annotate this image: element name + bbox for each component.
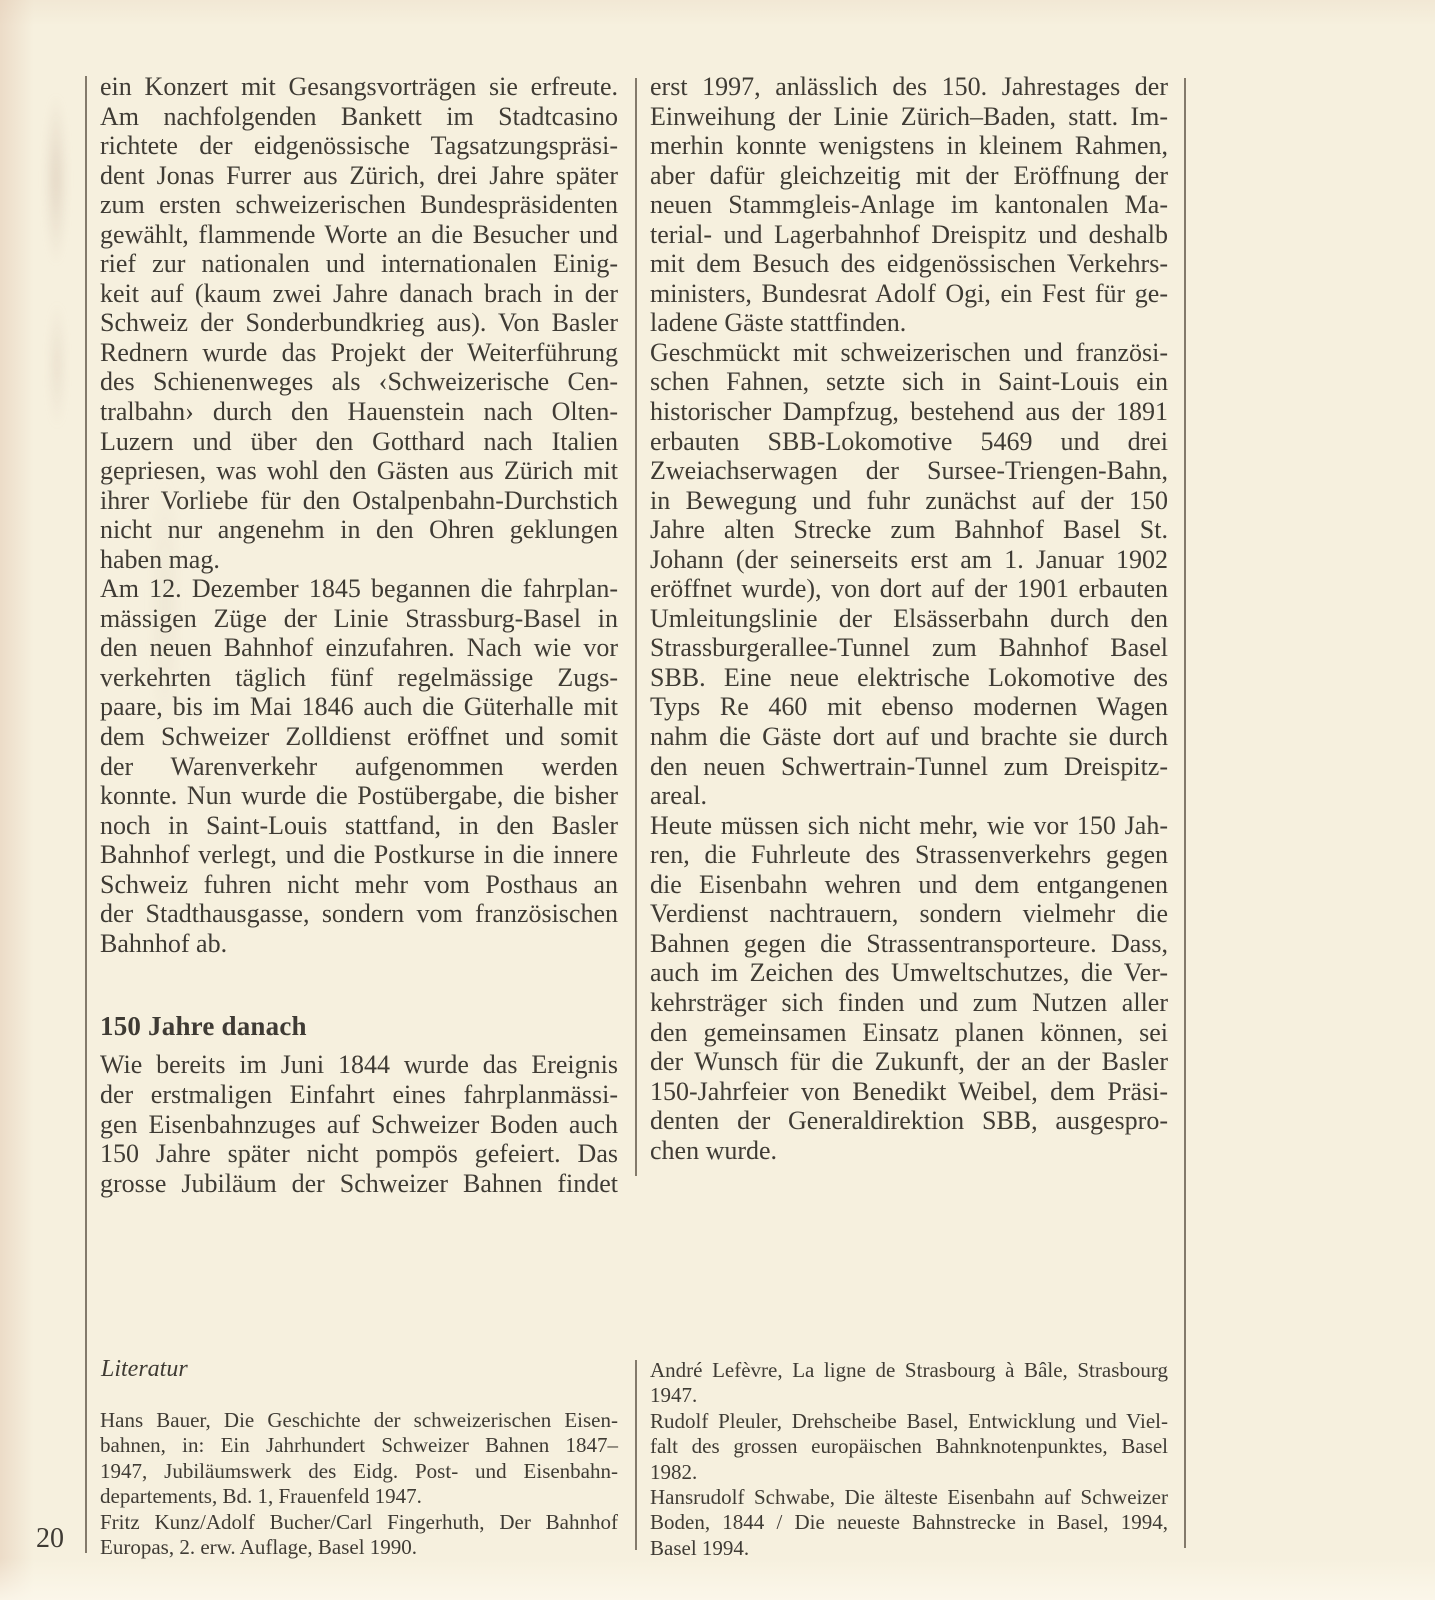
paragraph: Geschmückt mit schweizerischen und franz… [650,338,1168,811]
text-line: Fritz Kunz/Adolf Bucher/Carl Fingerhuth,… [100,1510,618,1535]
paragraph: erst 1997, anlässlich des 150. Jahrestag… [650,72,1168,338]
text-line: rief zur nationalen und internationalen … [100,249,618,279]
text-line: 1947, Jubiläumswerk des Eidg. Post- und … [100,1459,618,1484]
text-line: den gemeinsamen Einsatz planen können, s… [650,1018,1168,1048]
text-line: falt des grossen europäischen Bahnknoten… [650,1434,1168,1459]
text-line: neuen Stammgleis-Anlage im kantonalen Ma… [650,190,1168,220]
paragraph: ein Konzert mit Gesangsvorträgen sie erf… [100,72,618,574]
page-number: 20 [36,1524,64,1554]
text-line: erst 1997, anlässlich des 150. Jahrestag… [650,72,1168,102]
text-line: zum ersten schweizerischen Bundespräside… [100,190,618,220]
text-line: Einweihung der Linie Zürich–Baden, statt… [650,102,1168,132]
text-line: Hans Bauer, Die Geschichte der schweizer… [100,1408,618,1433]
text-line: ein Konzert mit Gesangsvorträgen sie erf… [100,72,618,102]
text-line: 1982. [650,1460,1168,1485]
text-line: Rudolf Pleuler, Drehscheibe Basel, Entwi… [650,1409,1168,1434]
text-line: Geschmückt mit schweizerischen und franz… [650,338,1168,368]
text-line: gewählt, flammende Worte an die Besucher… [100,220,618,250]
text-line: Am nachfolgenden Bankett im Stadtcasino [100,102,618,132]
text-line: SBB. Eine neue elektrische Lokomotive de… [650,663,1168,693]
text-line: paare, bis im Mai 1846 auch die Güterhal… [100,692,618,722]
text-line: Am 12. Dezember 1845 begannen die fahrpl… [100,574,618,604]
text-line: der erstmaligen Einfahrt eines fahrplanm… [100,1080,618,1110]
text-line: verkehrten täglich fünf regelmässige Zug… [100,663,618,693]
text-line: Bahnhof verlegt, und die Postkurse in di… [100,840,618,870]
text-line: mässigen Züge der Linie Strassburg-Basel… [100,604,618,634]
literature-left-column: Hans Bauer, Die Geschichte der schweizer… [100,1408,618,1560]
text-line: merhin konnte wenigstens in kleinem Rahm… [650,131,1168,161]
text-line: des Schienenweges als ‹Schweizerische Ce… [100,367,618,397]
literature-heading: Literatur [101,1355,188,1383]
text-line: die Eisenbahn wehren und dem entgangenen [650,870,1168,900]
text-line: areal. [650,781,1168,811]
text-line: ihrer Vorliebe für den Ostalpenbahn-Durc… [100,486,618,516]
text-line: Basel 1994. [650,1536,1168,1561]
text-line: ren, die Fuhrleute des Strassenverkehrs … [650,840,1168,870]
text-line: Schweiz fuhren nicht mehr vom Posthaus a… [100,870,618,900]
page-edge-shading-top [0,0,1435,26]
page-edge-shading-left [0,0,42,1600]
text-line: der Stadthausgasse, sondern vom französi… [100,899,618,929]
text-line: 150 Jahre später nicht pompös gefeiert. … [100,1139,618,1169]
right-text-column: erst 1997, anlässlich des 150. Jahrestag… [650,72,1168,1165]
literature-right-column: André Lefèvre, La ligne de Strasbourg à … [650,1358,1168,1561]
left-margin-rule [85,76,87,1553]
scanned-book-page: ein Konzert mit Gesangsvorträgen sie erf… [0,0,1435,1600]
text-line: André Lefèvre, La ligne de Strasbourg à … [650,1358,1168,1383]
text-line: in Bewegung und fuhr zunächst auf der 15… [650,486,1168,516]
text-line: ladene Gäste stattfinden. [650,308,1168,338]
text-line: historischer Dampfzug, bestehend aus der… [650,397,1168,427]
text-line: Wie bereits im Juni 1844 wurde das Ereig… [100,1050,618,1080]
right-margin-rule [1184,78,1186,1548]
text-line: schen Fahnen, setzte sich in Saint-Louis… [650,367,1168,397]
literature-column-divider-rule [635,1360,637,1550]
text-line: erbauten SBB-Lokomotive 5469 und drei [650,427,1168,457]
text-line: Luzern und über den Gotthard nach Italie… [100,427,618,457]
text-line: Rednern wurde das Projekt der Weiterführ… [100,338,618,368]
text-line: eröffnet wurde), von dort auf der 1901 e… [650,574,1168,604]
text-line: nahm die Gäste dort auf und brachte sie … [650,722,1168,752]
text-line: Europas, 2. erw. Auflage, Basel 1990. [100,1535,618,1560]
text-line: aber dafür gleichzeitig mit der Eröffnun… [650,161,1168,191]
text-line: Jahre alten Strecke zum Bahnhof Basel St… [650,515,1168,545]
text-line: denten der Generaldirektion SBB, ausgesp… [650,1106,1168,1136]
text-line: kehrsträger sich finden und zum Nutzen a… [650,988,1168,1018]
text-line: Hansrudolf Schwabe, Die älteste Eisenbah… [650,1485,1168,1510]
text-line: chen wurde. [650,1136,1168,1166]
paragraph: Am 12. Dezember 1845 begannen die fahrpl… [100,574,618,958]
text-line: 1947. [650,1383,1168,1408]
text-line: dent Jonas Furrer aus Zürich, drei Jahre… [100,161,618,191]
text-line: gen Eisenbahnzuges auf Schweizer Boden a… [100,1110,618,1140]
text-line: Heute müssen sich nicht mehr, wie vor 15… [650,811,1168,841]
text-line: 150-Jahrfeier von Benedikt Weibel, dem P… [650,1077,1168,1107]
text-line: ministers, Bundesrat Adolf Ogi, ein Fest… [650,279,1168,309]
text-line: Strassburgerallee-Tunnel zum Bahnhof Bas… [650,633,1168,663]
text-line: richtete der eidgenössische Tagsatzungsp… [100,131,618,161]
text-line: terial- und Lagerbahnhof Dreispitz und d… [650,220,1168,250]
text-line: Boden, 1844 / Die neueste Bahnstrecke in… [650,1510,1168,1535]
text-line: Zweiachserwagen der Sursee-Triengen-Bahn… [650,456,1168,486]
text-line: Johann (der seinerseits erst am 1. Janua… [650,545,1168,575]
text-line: Bahnhof ab. [100,929,618,959]
text-line: Bahnen gegen die Strassentransporteure. … [650,929,1168,959]
left-text-column: ein Konzert mit Gesangsvorträgen sie erf… [100,72,618,1198]
paragraph: Wie bereits im Juni 1844 wurde das Ereig… [100,1050,618,1198]
text-line: noch in Saint-Louis stattfand, in den Ba… [100,811,618,841]
text-line: Schweiz der Sonderbundkrieg aus). Von Ba… [100,308,618,338]
text-line: den neuen Bahnhof einzufahren. Nach wie … [100,633,618,663]
page-edge-shading-bottom [0,1558,1435,1600]
text-line: bahnen, in: Ein Jahrhundert Schweizer Ba… [100,1433,618,1458]
scan-smudge [47,300,67,430]
text-line: auch im Zeichen des Umweltschutzes, die … [650,958,1168,988]
section-heading: 150 Jahre danach [100,1011,618,1041]
text-line: Verdienst nachtrauern, sondern vielmehr … [650,899,1168,929]
paragraph: Heute müssen sich nicht mehr, wie vor 15… [650,811,1168,1166]
text-line: konnte. Nun wurde die Postübergabe, die … [100,781,618,811]
text-line: tralbahn› durch den Hauenstein nach Olte… [100,397,618,427]
text-line: gepriesen, was wohl den Gästen aus Züric… [100,456,618,486]
scan-smudge [44,92,68,267]
text-line: departements, Bd. 1, Frauenfeld 1947. [100,1484,618,1509]
text-line: keit auf (kaum zwei Jahre danach brach i… [100,279,618,309]
text-line: haben mag. [100,545,618,575]
text-line: nicht nur angenehm in den Ohren geklunge… [100,515,618,545]
text-line: grosse Jubiläum der Schweizer Bahnen fin… [100,1169,618,1199]
column-divider-rule [635,78,637,1176]
text-line: der Wunsch für die Zukunft, der an der B… [650,1047,1168,1077]
text-line: Typs Re 460 mit ebenso modernen Wagen [650,692,1168,722]
text-line: mit dem Besuch des eidgenössischen Verke… [650,249,1168,279]
text-line: der Warenverkehr aufgenommen werden [100,752,618,782]
text-line: Umleitungslinie der Elsässerbahn durch d… [650,604,1168,634]
text-line: dem Schweizer Zolldienst eröffnet und so… [100,722,618,752]
text-line: den neuen Schwertrain-Tunnel zum Dreispi… [650,752,1168,782]
